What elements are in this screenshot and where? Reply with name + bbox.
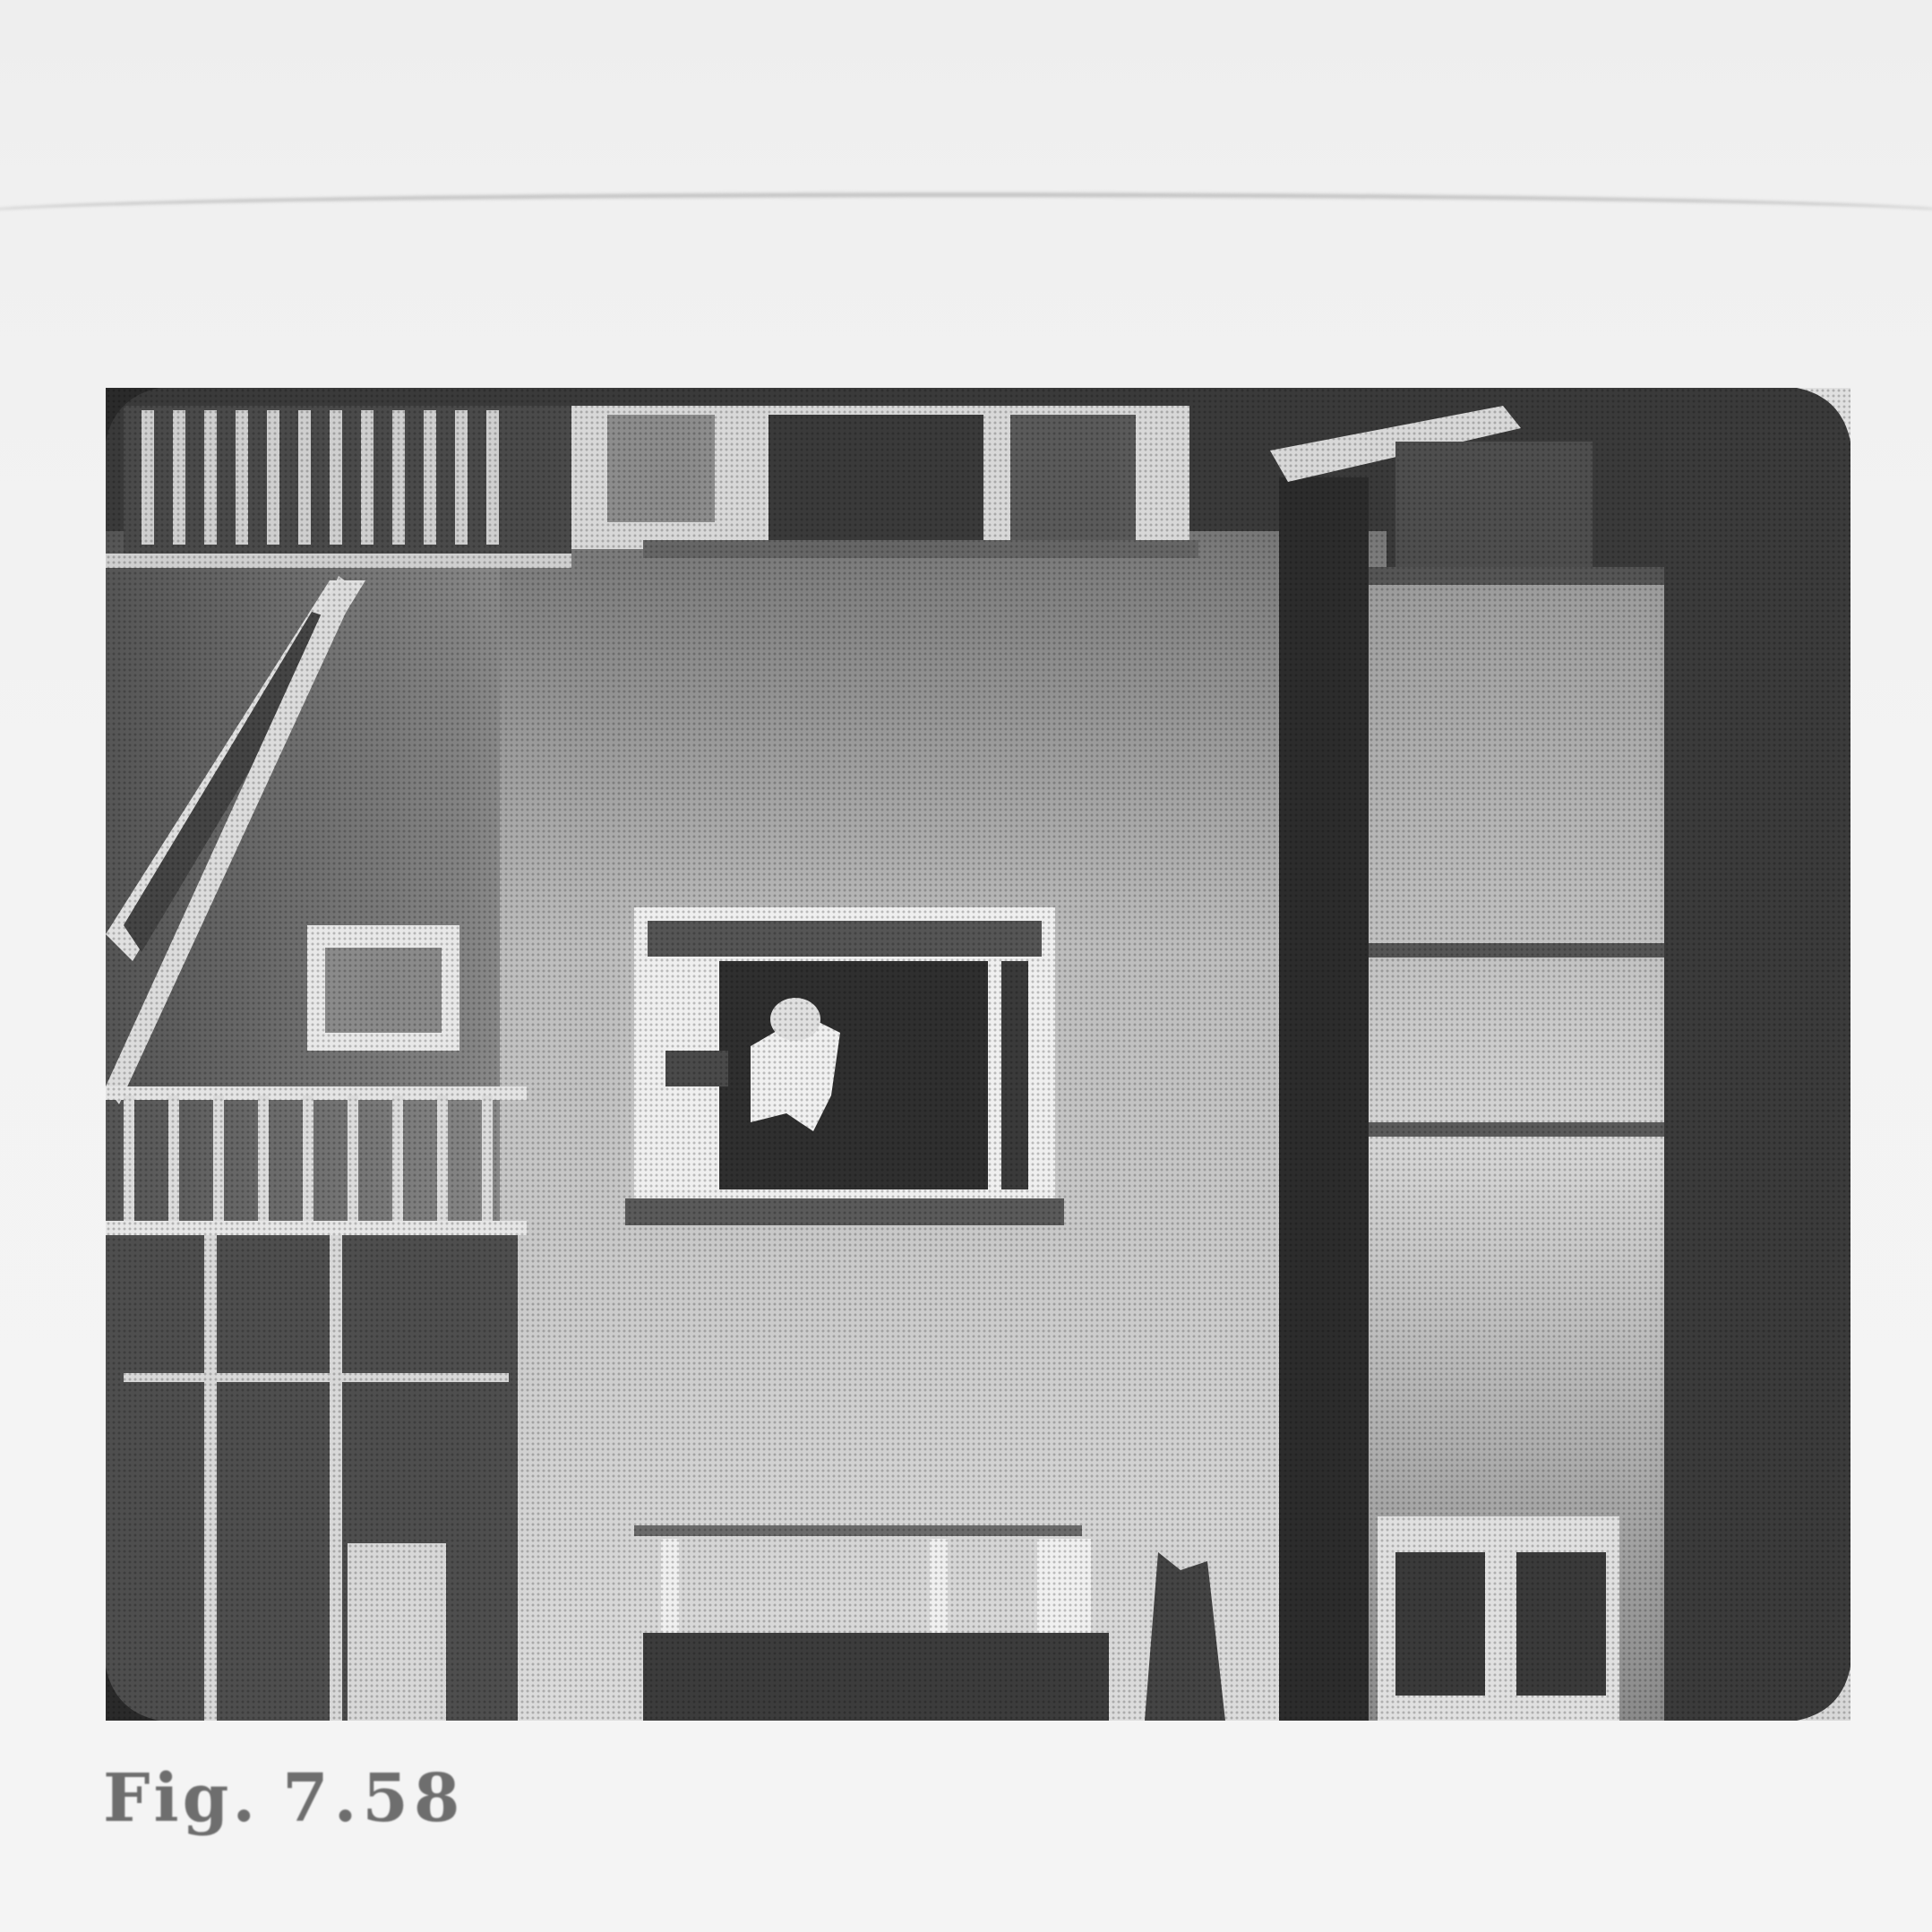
courtyard-scene	[106, 388, 1850, 1721]
page-edge-curve	[0, 193, 1932, 305]
previous-page-sheet	[0, 0, 1932, 224]
figure-photograph	[106, 388, 1850, 1721]
figure-caption: Fig.7.58	[103, 1760, 465, 1837]
book-page: Fig.7.58	[0, 0, 1932, 1932]
figure-number: 7.58	[282, 1760, 465, 1837]
figure-label: Fig.	[103, 1760, 259, 1837]
